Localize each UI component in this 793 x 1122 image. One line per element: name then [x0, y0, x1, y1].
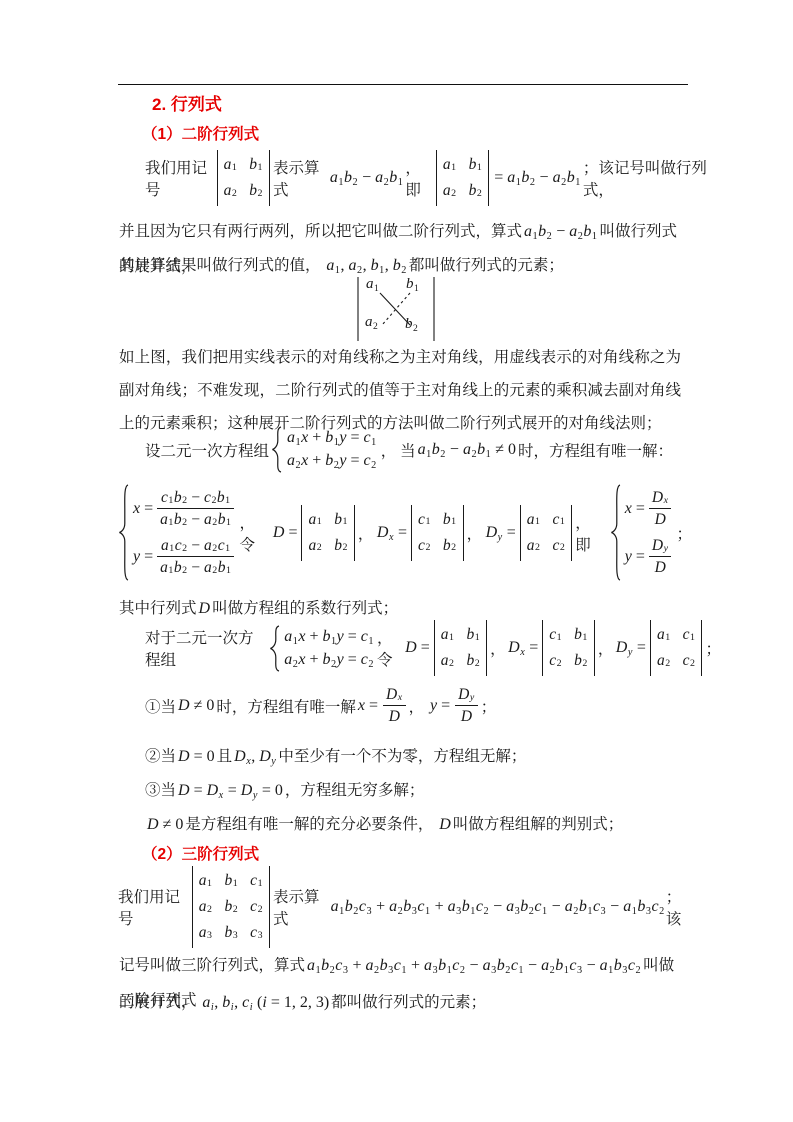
- subscript: 2: [353, 906, 358, 917]
- math-run: y =: [625, 548, 645, 566]
- subscript: 1: [232, 155, 237, 181]
- determinant-grid: a1b1a2b2: [224, 152, 263, 204]
- determinant: c1b1c2b2: [542, 620, 595, 676]
- determinant-entry: b2: [224, 894, 238, 920]
- math-var: D: [259, 748, 271, 765]
- subscript: 1: [168, 512, 173, 533]
- subscript: 1: [233, 871, 238, 897]
- math-op: =: [347, 452, 364, 469]
- math-op: −: [466, 957, 483, 974]
- subscript: 2: [665, 651, 670, 677]
- math-var: b: [614, 957, 622, 974]
- math-var: a: [204, 535, 212, 556]
- text-run: 表示算式: [273, 156, 328, 200]
- math-op: +: [308, 429, 325, 446]
- text-run: ①当: [145, 695, 176, 717]
- subscript: i: [250, 1002, 253, 1013]
- subscript: 2: [182, 512, 187, 533]
- text-run: ；: [676, 522, 692, 544]
- paragraph-3x3-definition: 我们用记号a1b1c1a2b2c2a3b3c3表示算式a1b2c3 + a2b3…: [118, 866, 694, 948]
- determinant-entry: c2: [552, 533, 565, 559]
- math-var: b: [174, 557, 182, 578]
- determinant-entry: a1: [224, 152, 238, 178]
- equation-system: a1x + b1y = c1a2x + b2y = c2: [271, 426, 379, 473]
- subscript: 2: [342, 535, 347, 561]
- equation-row: x =DxD: [624, 487, 675, 530]
- math-var: a: [349, 257, 357, 274]
- subscript: 1: [560, 509, 565, 535]
- math-run: Dx, Dy: [234, 748, 276, 765]
- math-var: a: [224, 178, 232, 204]
- math-run: x =: [133, 500, 153, 518]
- math-var: a: [441, 648, 449, 674]
- text-run: ， 令: [239, 511, 271, 555]
- text-run: 记号叫做三阶行列式，算式: [119, 957, 305, 974]
- text-run: ；该: [666, 885, 694, 929]
- math-run: D ≠ 0: [147, 816, 183, 833]
- subscript: 2: [635, 965, 640, 976]
- determinant-entry: b2: [334, 533, 348, 559]
- left-brace-icon: [118, 484, 130, 581]
- subscript: 2: [296, 460, 301, 471]
- diagram-entry: b1: [406, 276, 419, 293]
- equation-row: a2x + b2y = c2: [283, 651, 375, 669]
- subscript: 2: [368, 659, 373, 670]
- math-op: =: [344, 651, 361, 668]
- formula-cramer-solution: x =c1b2 − c2b1a1b2 − a2b1y =a1c2 − a2c1a…: [116, 484, 692, 581]
- math-var: D: [178, 782, 190, 799]
- determinant: c1b1c2b2: [411, 505, 464, 561]
- subscript: 1: [414, 283, 419, 294]
- math-var: c: [361, 628, 368, 645]
- subscript: 2: [550, 965, 555, 976]
- subscript: 2: [529, 906, 534, 917]
- subscript: y: [271, 756, 276, 767]
- math-var: D: [439, 816, 451, 833]
- math-op: =: [347, 429, 364, 446]
- math-var: b: [174, 509, 182, 530]
- fraction: DyD: [649, 535, 672, 578]
- equation-system-rows: a1x + b1y = c1a2x + b2y = c2: [281, 628, 375, 669]
- determinant-entry: b2: [466, 648, 480, 674]
- math-var: D: [508, 639, 520, 656]
- math-op: =: [394, 524, 407, 541]
- subscript: 2: [449, 651, 454, 677]
- subscript: 2: [475, 651, 480, 677]
- subscript: 2: [659, 906, 664, 917]
- subscript: 1: [335, 265, 340, 276]
- subscript: 1: [296, 437, 301, 448]
- math-op: −: [358, 169, 375, 186]
- math-op: =: [140, 500, 153, 517]
- determinant: a1b1a2b2: [301, 505, 354, 561]
- math-run: D: [199, 600, 211, 617]
- math-var: c: [683, 648, 690, 674]
- subscript: 2: [373, 321, 378, 332]
- math-var: b: [224, 920, 232, 946]
- determinant: a1b1a2b2: [436, 150, 489, 206]
- subscript: 2: [573, 906, 578, 917]
- math-var: D: [178, 748, 190, 765]
- math-var: a: [600, 957, 608, 974]
- math-var: a: [204, 509, 212, 530]
- subscript: 1: [592, 231, 597, 242]
- math-run: a1b2c3 + a2b3c1 + a3b1c2 − a3b2c1 − a2b1…: [307, 957, 641, 974]
- math-var: a: [527, 533, 535, 559]
- determinant-grid: c1b1c2b2: [549, 622, 588, 674]
- subscript: 1: [518, 965, 523, 976]
- math-var: b: [462, 898, 470, 915]
- subscript: 2: [384, 177, 389, 188]
- math-run: Dy =: [486, 524, 516, 542]
- math-op: (: [253, 994, 262, 1011]
- subscript: 1: [374, 283, 379, 294]
- subscript: 1: [477, 155, 482, 181]
- math-var: x: [625, 500, 632, 517]
- math-op: =: [417, 639, 430, 656]
- math-var: c: [552, 533, 559, 559]
- subscript: 1: [451, 509, 456, 535]
- math-run: a1b2 − a2b1: [524, 223, 598, 240]
- math-var: b: [345, 898, 353, 915]
- math-var: a: [483, 957, 491, 974]
- text-run: ，: [358, 522, 376, 544]
- determinant-grid: a1b1a2b2: [443, 152, 482, 204]
- text-run: ， 即: [575, 511, 607, 555]
- math-op: −: [524, 957, 541, 974]
- math-var: a: [443, 152, 451, 178]
- math-var: b: [334, 507, 342, 533]
- subscript: 2: [557, 651, 562, 677]
- math-op: −: [188, 509, 205, 530]
- math-var: c: [593, 898, 600, 915]
- math-op: +: [349, 957, 366, 974]
- math-var: D: [207, 782, 219, 799]
- math-var: b: [579, 898, 587, 915]
- determinant: a1b1a2b2: [217, 150, 270, 206]
- numerator: a1c2 − a2c1: [158, 535, 234, 556]
- text-run: 都叫做行列式的元素；: [409, 257, 564, 274]
- math-var: a: [527, 507, 535, 533]
- math-var: D: [377, 524, 389, 541]
- subscript: 2: [371, 460, 376, 471]
- math-var: c: [361, 651, 368, 668]
- math-var: b: [583, 223, 591, 240]
- math-var: y: [337, 651, 344, 668]
- determinant-entry: c2: [250, 894, 263, 920]
- subscript: 1: [331, 636, 336, 647]
- math-var: b: [325, 429, 333, 446]
- text-run: ，: [598, 637, 615, 659]
- fraction: a1c2 − a2c1a1b2 − a2b1: [157, 535, 234, 578]
- text-run: 且: [217, 748, 233, 765]
- math-var: D: [178, 697, 190, 714]
- section-title: 2. 行列式: [152, 90, 222, 115]
- math-var: c: [452, 957, 459, 974]
- subscript: 2: [505, 965, 510, 976]
- math-run: a2x + b2y = c2: [287, 452, 377, 470]
- math-var: D: [199, 600, 211, 617]
- determinant-entry: a1: [657, 622, 671, 648]
- math-op: +: [305, 651, 322, 668]
- text-run: ③当: [145, 782, 176, 799]
- math-var: c: [364, 429, 371, 446]
- subscript: 2: [535, 535, 540, 561]
- diagonal-rule-diagram: a1b1a2b2: [356, 275, 436, 343]
- subscript: 2: [451, 181, 456, 207]
- math-var: c: [250, 868, 257, 894]
- equation-system: x =c1b2 − c2b1a1b2 − a2b1y =a1c2 − a2c1a…: [118, 484, 237, 581]
- subscript: 2: [293, 659, 298, 670]
- text-run: ，: [409, 695, 428, 717]
- math-var: a: [389, 898, 397, 915]
- math-op: −: [583, 957, 600, 974]
- diagram-entry: b2: [405, 316, 418, 333]
- math-var: b: [222, 994, 230, 1011]
- math-var: b: [443, 507, 451, 533]
- text-run: ，即: [405, 156, 432, 200]
- determinant-entry: b1: [469, 152, 483, 178]
- subscript: x: [246, 756, 251, 767]
- subscript: 1: [338, 177, 343, 188]
- subscript: 3: [622, 965, 627, 976]
- subscript: 1: [226, 512, 231, 533]
- equation-row: a1x + b1y = c1: [285, 429, 379, 447]
- math-var: b: [637, 898, 645, 915]
- math-var: b: [371, 257, 379, 274]
- math-var: a: [507, 169, 515, 186]
- math-var: D: [273, 524, 285, 541]
- math-var: b: [389, 169, 397, 186]
- math-var: D: [486, 524, 498, 541]
- subscript: 2: [330, 965, 335, 976]
- subscript: 1: [258, 871, 263, 897]
- subscript: 1: [258, 155, 263, 181]
- text-run: 的展开式，: [119, 994, 200, 1011]
- subscript: 2: [530, 177, 535, 188]
- math-run: a1x + b1y = c1: [287, 429, 377, 447]
- diagram-entry: a1: [366, 276, 379, 293]
- subscript: 2: [334, 460, 339, 471]
- math-var: a: [657, 622, 665, 648]
- math-var: c: [569, 957, 576, 974]
- math-var: D: [147, 816, 159, 833]
- subscript: 2: [440, 449, 445, 460]
- paragraph-linear-system: 设二元一次方程组a1x + b1y = c1a2x + b2y = c2， 当a…: [145, 426, 705, 473]
- subscript: 2: [212, 538, 217, 559]
- text-run: 叫做方程组解的判别式；: [453, 816, 624, 833]
- subscript: x: [389, 532, 394, 543]
- math-var: c: [418, 507, 425, 533]
- determinant-entry: c2: [683, 648, 696, 674]
- math-op: −: [188, 557, 205, 578]
- math-var: b: [477, 441, 485, 458]
- subscript: 3: [515, 906, 520, 917]
- math-run: D = 0: [178, 748, 215, 765]
- math-var: b: [469, 152, 477, 178]
- determinant-entry: a2: [527, 533, 541, 559]
- math-var: D: [652, 535, 663, 556]
- math-var: b: [574, 648, 582, 674]
- math-var: a: [308, 507, 316, 533]
- denominator: D: [652, 557, 669, 578]
- subscript: 1: [168, 560, 173, 581]
- subscript: 2: [484, 906, 489, 917]
- math-op: =: [140, 548, 153, 565]
- text-run: 对于二元一次方程组: [145, 626, 267, 670]
- equation-system-rows: x =DxDy =DyD: [622, 487, 675, 578]
- determinant-entry: b2: [469, 178, 483, 204]
- determinant-entry: a1: [199, 868, 213, 894]
- subscript: y: [498, 532, 503, 543]
- math-op: ≠ 0: [491, 441, 516, 458]
- numerator: Dx: [649, 487, 672, 508]
- subscript: 2: [258, 897, 263, 923]
- determinant-entry: c1: [549, 622, 562, 648]
- text-run: 叫做方程组的系数行列式；: [212, 600, 398, 617]
- math-var: D: [655, 557, 666, 578]
- left-brace-icon: [610, 484, 622, 581]
- subscript: 2: [374, 965, 379, 976]
- determinant: a1b1c1a2b2c2a3b3c3: [192, 866, 270, 948]
- text-run: ， 当: [381, 439, 416, 461]
- subscript: 1: [557, 625, 562, 651]
- subscript: 2: [547, 231, 552, 242]
- math-var: c: [218, 535, 225, 556]
- text-run: ，: [490, 637, 507, 659]
- math-var: b: [432, 441, 440, 458]
- math-op: =: [224, 782, 241, 799]
- math-var: a: [326, 257, 334, 274]
- subscript: 2: [425, 535, 430, 561]
- denominator: D: [386, 706, 403, 727]
- math-var: D: [458, 684, 469, 705]
- text-run: 表示算式: [273, 885, 330, 929]
- math-var: c: [242, 994, 249, 1011]
- denominator: D: [458, 706, 475, 727]
- subscript: 1: [225, 490, 230, 511]
- determinant-entry: b2: [574, 648, 588, 674]
- math-run: a1b2c3 + a2b3c1 + a3b1c2 − a3b2c1 − a2b1…: [331, 898, 665, 916]
- math-run: a1b2 − a2b1: [330, 169, 404, 187]
- subscript: 3: [456, 906, 461, 917]
- subscript: 3: [577, 965, 582, 976]
- math-op: ,: [363, 257, 371, 274]
- determinant-entry: a2: [224, 178, 238, 204]
- subscript: 2: [182, 490, 187, 511]
- subscript: 1: [334, 437, 339, 448]
- math-op: =: [494, 169, 507, 186]
- math-var: c: [175, 535, 182, 556]
- subscript: 3: [366, 906, 371, 917]
- diagram-entry: a2: [365, 314, 378, 331]
- math-var: a: [284, 628, 292, 645]
- subscript: 1: [470, 906, 475, 917]
- math-var: a: [199, 894, 207, 920]
- math-var: a: [204, 557, 212, 578]
- determinant-grid: a1b1a2b2: [308, 507, 347, 559]
- math-op: =: [344, 628, 361, 645]
- determinant-grid: c1b1c2b2: [418, 507, 457, 559]
- math-var: c: [161, 487, 168, 508]
- math-var: a: [307, 957, 315, 974]
- math-run: D =: [405, 639, 430, 657]
- math-run: x =: [358, 697, 378, 715]
- subscript: 2: [578, 231, 583, 242]
- determinant-entry: a2: [657, 648, 671, 674]
- math-run: D ≠ 0: [178, 697, 214, 715]
- equation-row: x =c1b2 − c2b1a1b2 − a2b1: [132, 487, 237, 530]
- math-op: +: [407, 957, 424, 974]
- subscript: x: [664, 490, 668, 511]
- equation-row: a2x + b2y = c2: [285, 452, 379, 470]
- math-run: y =: [133, 548, 153, 566]
- subscript: 2: [477, 181, 482, 207]
- math-var: a: [524, 223, 532, 240]
- subscript: 2: [413, 323, 418, 334]
- math-op: =: [503, 524, 516, 541]
- subscript: 1: [475, 625, 480, 651]
- fraction: DxD: [383, 684, 406, 727]
- math-var: a: [308, 533, 316, 559]
- numerator: c1b2 − c2b1: [158, 487, 234, 508]
- determinant: a1c1a2c2: [650, 620, 703, 676]
- math-var: a: [623, 898, 631, 915]
- math-var: b: [438, 957, 446, 974]
- numerator: Dy: [649, 535, 672, 556]
- math-var: a: [287, 452, 295, 469]
- subscript: 2: [211, 490, 216, 511]
- math-var: b: [218, 509, 226, 530]
- subscript: 3: [433, 965, 438, 976]
- math-var: a: [541, 957, 549, 974]
- math-run: Dx =: [508, 639, 538, 657]
- determinant-entry: c1: [250, 868, 263, 894]
- subscript: 1: [401, 965, 406, 976]
- fraction: c1b2 − c2b1a1b2 − a2b1: [157, 487, 234, 530]
- math-op: +: [431, 898, 448, 915]
- math-run: a1x + b1y = c1: [284, 628, 374, 646]
- text-run: 时，方程组有唯一解：: [518, 439, 673, 461]
- math-var: b: [520, 898, 528, 915]
- math-var: a: [160, 557, 168, 578]
- denominator: a1b2 − a2b1: [157, 509, 234, 530]
- math-var: c: [417, 898, 424, 915]
- subscript: 1: [665, 625, 670, 651]
- math-var: b: [249, 178, 257, 204]
- determinant-entry: b2: [443, 533, 457, 559]
- math-var: b: [322, 628, 330, 645]
- text-run: 并且因为它只有两行两列，所以把它叫做二阶行列式，算式: [119, 223, 522, 240]
- math-var: D: [461, 706, 472, 727]
- subscript: 3: [491, 965, 496, 976]
- determinant-entry: a1: [443, 152, 457, 178]
- subscript: 2: [460, 965, 465, 976]
- determinant-entry: c1: [552, 507, 565, 533]
- subscript: 1: [226, 560, 231, 581]
- math-op: ,: [234, 994, 242, 1011]
- text-run: 都叫做行列式的元素；: [331, 994, 486, 1011]
- math-op: +: [372, 898, 389, 915]
- math-var: c: [549, 648, 556, 674]
- subscript: 1: [542, 906, 547, 917]
- math-op: −: [188, 487, 205, 508]
- fraction: DxD: [649, 487, 672, 530]
- determinant-entry: a2: [443, 178, 457, 204]
- determinant-entry: b1: [443, 507, 457, 533]
- math-var: b: [497, 957, 505, 974]
- math-var: c: [418, 533, 425, 559]
